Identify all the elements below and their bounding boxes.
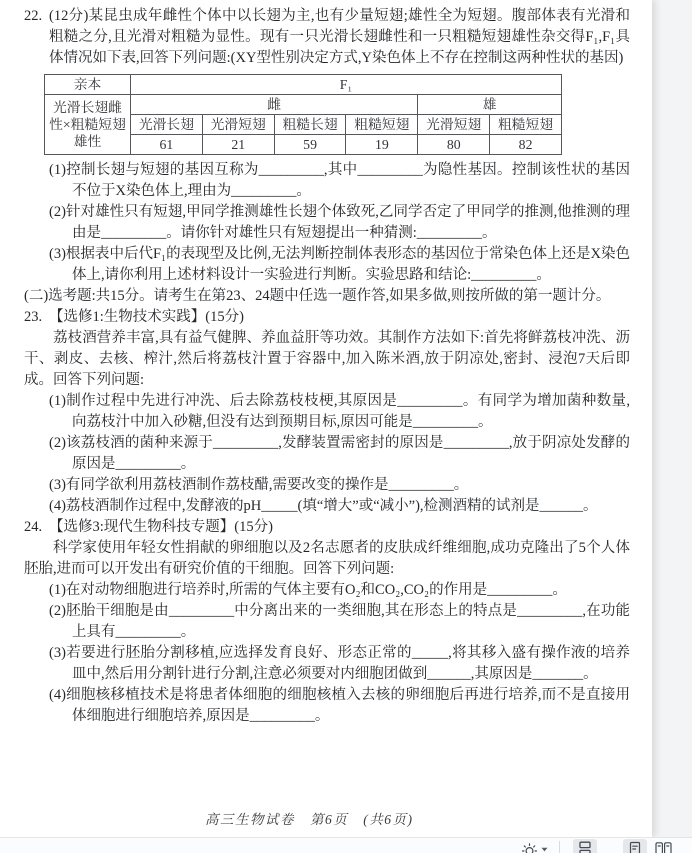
cross-label-cell: 光滑长翅雌性×粗糙短翅雄性: [45, 95, 131, 155]
question-23-title: 【选修1:生物技术实践】(15分): [49, 309, 244, 325]
question-23-intro: 荔枝酒营养丰富,具有益气健脾、养血益肝等功效。其制作方法如下:首先将鲜荔枝冲洗、…: [24, 328, 630, 391]
question-23-number: 23.: [24, 307, 42, 328]
question-24-part-1: (1)在对动物细胞进行培养时,所需的气体主要有O₂和CO₂,CO₂的作用是___…: [24, 580, 630, 601]
question-24-part-4: (4)细胞核移植技术是将患者体细胞的细胞核植入去核的卵细胞后再进行培养,而不是直…: [24, 685, 630, 727]
count-cell: 80: [418, 135, 490, 155]
book-icon: [654, 841, 673, 853]
statusbar-view-controls: [521, 841, 673, 853]
eye-protection-mode-button[interactable]: [521, 841, 548, 853]
count-cell: 59: [274, 135, 346, 155]
question-22-part-2: (2)针对雄性只有短翅,甲同学推测雄性长翅个体致死,乙同学否定了甲同学的推测,他…: [24, 202, 630, 244]
parent-header-cell: 亲本: [45, 75, 131, 95]
phenotype-cell: 光滑短翅: [418, 115, 490, 135]
lamp-icon: [521, 841, 538, 853]
viewer-statusbar: [0, 837, 692, 853]
question-23-part-3: (3)有同学欲利用荔枝酒制作荔枝醋,需要改变的操作是_________。: [24, 475, 630, 496]
count-cell: 19: [346, 135, 418, 155]
female-header-cell: 雌: [131, 95, 418, 115]
table-row: 亲本 F₁: [45, 75, 562, 95]
f1-results-table: 亲本 F₁ 光滑长翅雌性×粗糙短翅雄性 雌 雄 光滑长翅 光滑短翅 粗糙长翅 粗…: [44, 74, 562, 155]
phenotype-cell: 粗糙短翅: [490, 115, 562, 135]
question-23-header: 23. 【选修1:生物技术实践】(15分): [24, 307, 630, 328]
continuous-scroll-view-button[interactable]: [573, 839, 597, 853]
pdf-viewer: 22. (12分)某昆虫成年雌性个体中以长翅为主,也有少量短翅;雄性全为短翅。腹…: [0, 0, 692, 853]
question-23-part-2: (2)该荔枝酒的菌种来源于_________,发酵装置需密封的原因是______…: [24, 433, 630, 475]
question-24-number: 24.: [24, 517, 42, 538]
phenotype-cell: 粗糙短翅: [346, 115, 418, 135]
count-cell: 21: [202, 135, 274, 155]
phenotype-cell: 粗糙长翅: [274, 115, 346, 135]
single-page-view-button[interactable]: [623, 839, 647, 853]
page-footer: 高三生物试卷 第6页 (共6页): [205, 809, 414, 830]
exam-page: 22. (12分)某昆虫成年雌性个体中以长翅为主,也有少量短翅;雄性全为短翅。腹…: [0, 0, 652, 837]
question-22-part-1: (1)控制长翅与短翅的基因互称为_________,其中_________为隐性…: [24, 160, 630, 202]
question-24-header: 24. 【选修3:现代生物科技专题】(15分): [24, 517, 630, 538]
question-22: 22. (12分)某昆虫成年雌性个体中以长翅为主,也有少量短翅;雄性全为短翅。腹…: [24, 6, 630, 69]
table-row: 光滑长翅雌性×粗糙短翅雄性 雌 雄: [45, 95, 562, 115]
question-24-part-2: (2)胚胎干细胞是由_________中分离出来的一类细胞,其在形态上的特点是_…: [24, 601, 630, 643]
question-23-part-4: (4)荔枝酒制作过程中,发酵液的pH_____(填“增大”或“减小”),检测酒精…: [24, 496, 630, 517]
question-22-part-3: (3)根据表中后代F₁的表现型及比例,无法判断控制体表形态的基因位于常染色体上还…: [24, 244, 630, 286]
phenotype-cell: 光滑短翅: [202, 115, 274, 135]
facing-pages-view-button[interactable]: [654, 841, 673, 853]
question-22-number: 22.: [24, 6, 42, 27]
question-24-part-3: (3)若要进行胚胎分割移植,应选择发育良好、形态正常的_____,将其移入盛有操…: [24, 643, 630, 685]
optional-section-note: (二)选考题:共15分。请考生在第23、24题中任选一题作答,如果多做,则按所做…: [24, 286, 630, 307]
male-header-cell: 雄: [418, 95, 562, 115]
dropdown-caret-icon: [541, 847, 548, 852]
continuous-view-icon: [577, 841, 593, 853]
question-24-intro: 科学家使用年轻女性捐献的卵细胞以及2名志愿者的皮肤成纤维细胞,成功克隆出了5个人…: [24, 538, 630, 580]
viewer-background-gutter: [652, 0, 692, 837]
question-23-part-1: (1)制作过程中先进行冲洗、后去除荔枝枝梗,其原因是_________。有同学为…: [24, 391, 630, 433]
question-22-stem: (12分)某昆虫成年雌性个体中以长翅为主,也有少量短翅;雄性全为短翅。腹部体表有…: [49, 8, 630, 66]
f1-header-cell: F₁: [131, 75, 562, 95]
single-page-icon: [627, 841, 643, 853]
phenotype-cell: 光滑长翅: [131, 115, 203, 135]
statusbar-divider: [559, 841, 560, 853]
count-cell: 82: [490, 135, 562, 155]
count-cell: 61: [131, 135, 203, 155]
question-24-title: 【选修3:现代生物科技专题】(15分): [49, 519, 273, 535]
